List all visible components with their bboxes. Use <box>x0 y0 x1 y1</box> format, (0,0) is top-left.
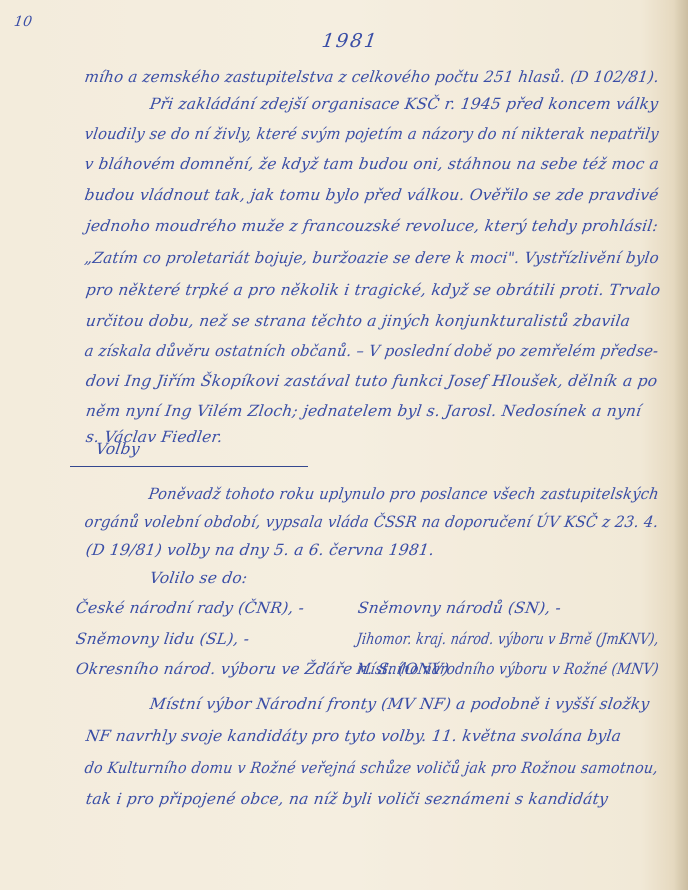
text-line: určitou dobu, než se strana těchto a jin… <box>85 312 632 330</box>
page-binding-shadow <box>674 0 688 890</box>
text-line: něm nyní Ing Vilém Zloch; jednatelem byl… <box>85 402 643 420</box>
text-line: dovi Ing Jiřím Škopíkovi zastával tuto f… <box>85 372 659 390</box>
election-body-item: Jihomor. kraj. národ. výboru v Brně (JmK… <box>355 630 660 648</box>
section-underline <box>70 466 308 467</box>
election-body-item: České národní rady (ČNR), - <box>75 599 306 617</box>
election-body-item: Místního národního výboru v Rožné (MNV) <box>355 660 659 678</box>
section-heading: Volby <box>95 440 141 458</box>
text-line: Poněvadž tohoto roku uplynulo pro poslan… <box>147 485 660 503</box>
text-line: Místní výbor Národní fronty (MV NF) a po… <box>149 695 651 713</box>
election-body-item: Sněmovny národů (SN), - <box>357 599 563 617</box>
text-line: jednoho moudrého muže z francouzské revo… <box>85 217 659 235</box>
text-line: NF navrhly svoje kandidáty pro tyto volb… <box>85 727 623 745</box>
text-line: a získala důvěru ostatních občanů. – V p… <box>83 342 659 360</box>
text-line: budou vládnout tak, jak tomu bylo před v… <box>83 186 659 204</box>
text-line: mího a zemského zastupitelstva z celkové… <box>83 68 660 86</box>
handwritten-chronicle-page: 10 1981 mího a zemského zastupitelstva z… <box>0 0 688 890</box>
text-line: v bláhovém domnění, že když tam budou on… <box>83 155 660 173</box>
text-line: (D 19/81) volby na dny 5. a 6. června 19… <box>85 541 436 559</box>
text-line: orgánů volební období, vypsala vláda ČSS… <box>83 513 659 531</box>
page-number: 10 <box>13 14 33 30</box>
text-line: Při zakládání zdejší organisace KSČ r. 1… <box>149 95 660 113</box>
text-line: Volilo se do: <box>149 569 249 587</box>
year-heading: 1981 <box>320 30 379 52</box>
text-line: do Kulturního domu v Rožné veřejná schůz… <box>83 759 659 777</box>
text-line: pro některé trpké a pro několik i tragic… <box>85 281 662 299</box>
election-body-item: Sněmovny lidu (SL), - <box>75 630 251 648</box>
text-line: „Zatím co proletariát bojuje, buržoazie … <box>83 249 660 267</box>
text-line: vloudily se do ní živly, které svým poje… <box>83 125 660 143</box>
text-line: tak i pro připojené obce, na níž byli vo… <box>85 790 610 808</box>
